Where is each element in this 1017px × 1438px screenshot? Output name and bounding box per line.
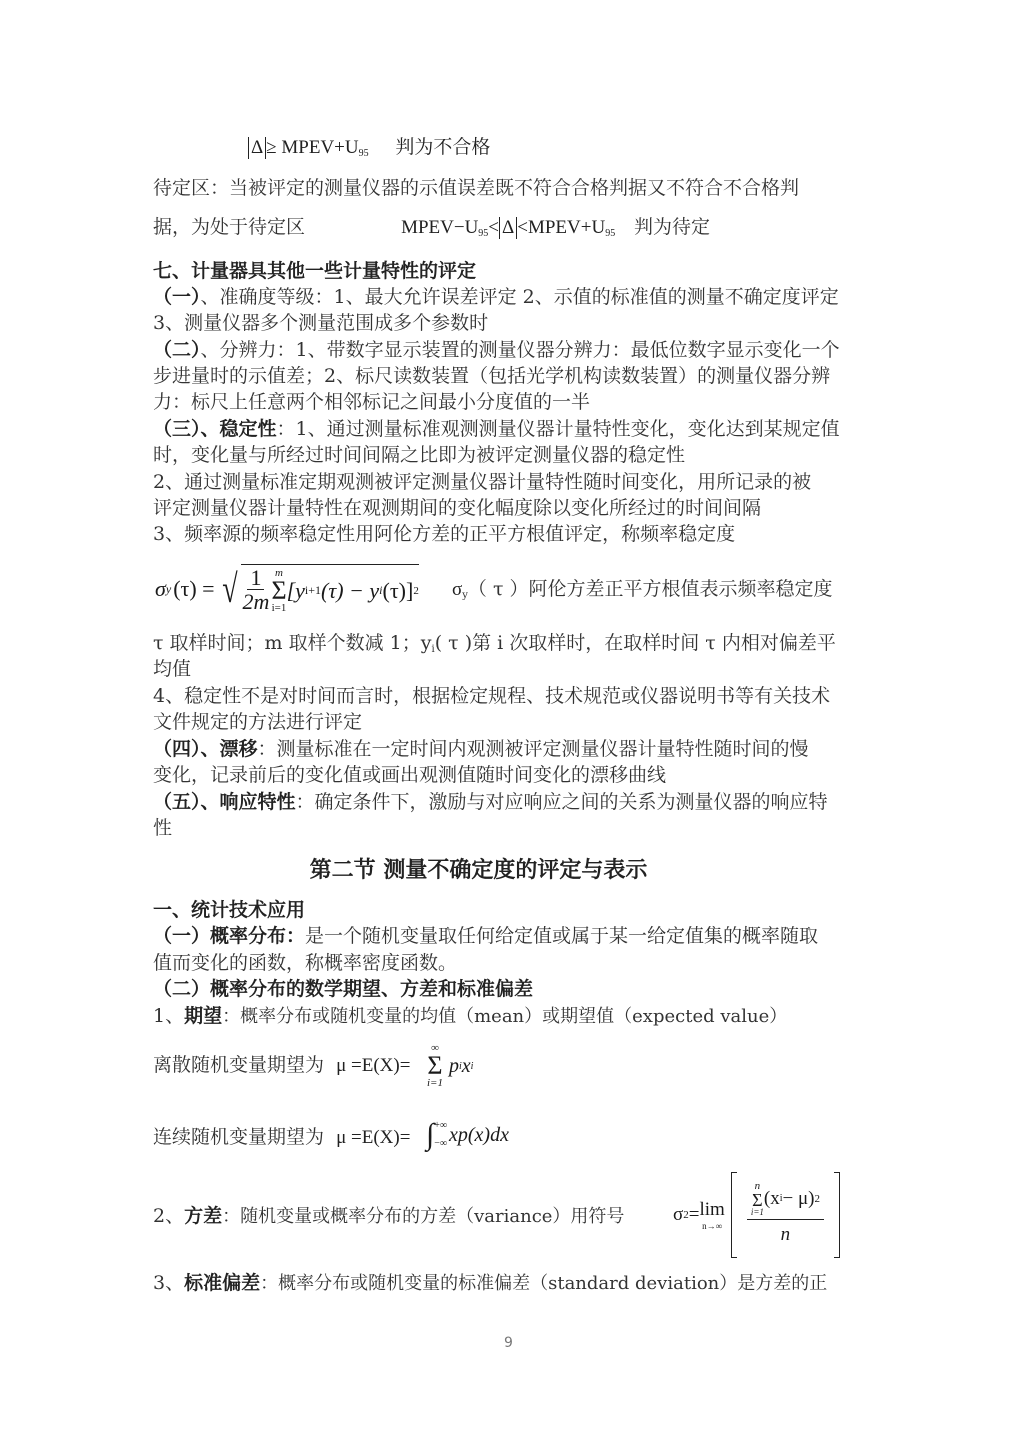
less-than: < bbox=[488, 217, 499, 238]
stability-item-4b: 文件规定的方法进行评定 bbox=[153, 709, 362, 735]
criterion-formula: ≥ MPEV+U bbox=[266, 137, 358, 158]
sigma-symbol: σ bbox=[155, 576, 166, 602]
para-stability: （三）、稳定性：1、通过测量标准观测测量仪器计量特性变化，变化达到某规定值 bbox=[153, 416, 840, 442]
item-expectation: 1、期望：概率分布或随机变量的均值（mean）或期望值（expected val… bbox=[153, 1003, 787, 1030]
para-text: ：测量标准在一定时间内观测被评定测量仪器计量特性随时间的慢 bbox=[258, 738, 809, 760]
sigma-sum-icon: Σ bbox=[752, 1192, 762, 1208]
pending-zone-definition: 待定区：当被评定的测量仪器的示值误差既不符合合格判据又不符合不合格判 bbox=[153, 175, 799, 201]
abs-delta: Δ bbox=[248, 137, 266, 159]
para-term: 概率分布： bbox=[210, 925, 305, 947]
term: − μ) bbox=[783, 1188, 815, 1210]
para-label: （一） bbox=[153, 286, 201, 308]
para-accuracy-class: （一）、准确度等级：1、最大允许误差评定 2、示值的标准值的测量不确定度评定 bbox=[153, 284, 839, 310]
formula-part: MPEV−U bbox=[401, 217, 478, 238]
formula-lhs: μ =E(X)= bbox=[336, 1055, 410, 1076]
para-label: （四）、 bbox=[153, 738, 220, 760]
formula-part: <MPEV+U bbox=[517, 217, 605, 238]
term: p bbox=[449, 1055, 459, 1078]
term: [y bbox=[287, 578, 305, 604]
para-term: 响应特性 bbox=[220, 791, 296, 813]
stability-item-2a: 2、通过测量标准定期观测被评定测量仪器计量特性随时间变化，用所记录的被 bbox=[153, 469, 811, 495]
discrete-expectation: 离散随机变量期望为 μ =E(X)= bbox=[153, 1052, 410, 1079]
para-label: （五）、 bbox=[153, 791, 220, 813]
para-label: （三）、 bbox=[153, 418, 220, 440]
variance-formula: σ2= lim n→∞ n Σ i=1 (xi − μ)2 n bbox=[673, 1170, 840, 1260]
formula-argument: (τ) = bbox=[173, 576, 214, 602]
heading-expectation-variance: （二）概率分布的数学期望、方差和标准偏差 bbox=[153, 976, 533, 1002]
para-label: （二） bbox=[153, 339, 201, 361]
tau-definition: τ 取样时间；m 取样个数减 1；yi( τ )第 i 次取样时，在取样时间 τ… bbox=[153, 630, 836, 663]
integral-upper: +∞ bbox=[434, 1120, 447, 1132]
para-resolution-cont1: 步进量时的示值差；2、标尺读数装置（包括光学机构读数装置）的测量仪器分辨 bbox=[153, 363, 830, 389]
para-resolution: （二）、分辨力：1、带数字显示装置的测量仪器分辨力：最低位数字显示变化一个 bbox=[153, 337, 840, 363]
subscript: 95 bbox=[605, 228, 615, 239]
integral-lower: −∞ bbox=[434, 1138, 447, 1150]
stability-item-3: 3、频率源的频率稳定性用阿伦方差的正平方根值评定，称频率稳定度 bbox=[153, 521, 735, 547]
sum-lower: i=1 bbox=[427, 1078, 443, 1089]
item-number: 3、 bbox=[153, 1272, 184, 1294]
heading-seven: 七、计量器具其他一些计量特性的评定 bbox=[153, 258, 476, 284]
summation: ∞ Σ i=1 bbox=[427, 1043, 443, 1089]
para-drift: （四）、漂移：测量标准在一定时间内观测被评定测量仪器计量特性随时间的慢 bbox=[153, 736, 809, 762]
denominator: n bbox=[781, 1220, 791, 1250]
term: (τ) − y bbox=[321, 578, 379, 604]
term: x bbox=[462, 1055, 471, 1078]
pending-text: 据，为处于待定区 bbox=[153, 216, 305, 238]
para-stability-cont: 时，变化量与所经过时间间隔之比即为被评定测量仪器的稳定性 bbox=[153, 442, 685, 468]
denominator: 2m bbox=[243, 590, 270, 614]
para-response: （五）、响应特性：确定条件下，激励与对应响应之间的关系为测量仪器的响应特 bbox=[153, 789, 828, 815]
superscript: 2 bbox=[413, 585, 419, 597]
integral-icon: ∫ bbox=[426, 1118, 434, 1152]
item-number: 1、 bbox=[153, 1005, 184, 1027]
stability-item-2b: 评定测量仪器计量特性在观测期间的变化幅度除以变化所经过的时间间隔 bbox=[153, 495, 761, 521]
subscript: 95 bbox=[359, 148, 369, 159]
item-standard-deviation: 3、标准偏差：概率分布或随机变量的标准偏差（standard deviation… bbox=[153, 1270, 827, 1297]
para-text: ：确定条件下，激励与对应响应之间的关系为测量仪器的响应特 bbox=[296, 791, 828, 813]
para-resolution-cont2: 力：标尺上任意两个相邻标记之间最小分度值的一半 bbox=[153, 389, 590, 415]
right-bracket-icon bbox=[834, 1172, 840, 1258]
sigma-symbol: σ bbox=[452, 579, 462, 600]
integral-limits: +∞ −∞ bbox=[434, 1120, 447, 1150]
heading-statistics: 一、统计技术应用 bbox=[153, 897, 305, 923]
section-title: 第二节 测量不确定度的评定与表示 bbox=[0, 853, 1017, 884]
para-term: 漂移 bbox=[220, 738, 258, 760]
numerator: n Σ i=1 (xi − μ)2 bbox=[747, 1181, 824, 1220]
para-probability-distribution: （一）概率分布：是一个随机变量取任何给定值或属于某一给定值集的概率随取 bbox=[153, 923, 818, 949]
item-text: ：概率分布或随机变量的标准偏差（standard deviation）是方差的正 bbox=[260, 1273, 827, 1294]
abs-delta: Δ bbox=[499, 217, 517, 239]
sqrt-body: 1 2m m Σ i=1 [yi+1(τ) − yi(τ)]2 bbox=[241, 564, 419, 614]
pending-zone-criterion: 据，为处于待定区 MPEV−U95<Δ<MPEV+U95 判为待定 bbox=[153, 214, 710, 247]
term: (x bbox=[764, 1188, 780, 1210]
allan-description: σy（ τ ）阿伦方差正平方根值表示频率稳定度 bbox=[452, 576, 833, 609]
fraction: 1 2m bbox=[243, 567, 270, 614]
integrand: xp(x)dx bbox=[449, 1124, 509, 1147]
summation: m Σ i=1 bbox=[271, 568, 286, 614]
para-text: 、准确度等级：1、最大允许误差评定 2、示值的标准值的测量不确定度评定 bbox=[201, 286, 839, 308]
stability-item-4a: 4、稳定性不是对时间而言时，根据检定规程、技术规范或仪器说明书等有关技术 bbox=[153, 683, 830, 709]
allan-deviation-formula: σy(τ) = √ 1 2m m Σ i=1 [yi+1(τ) − yi(τ)]… bbox=[155, 560, 419, 618]
bracket-group: n Σ i=1 (xi − μ)2 n bbox=[731, 1172, 840, 1258]
sigma-symbol: σ bbox=[673, 1204, 683, 1226]
subscript: 95 bbox=[478, 228, 488, 239]
para-accuracy-class-cont: 3、测量仪器多个测量范围成多个参数时 bbox=[153, 310, 488, 336]
para-response-cont: 性 bbox=[153, 815, 172, 841]
para-text: ：1、通过测量标准观测测量仪器计量特性变化，变化达到某规定值 bbox=[277, 418, 840, 440]
item-text: ：随机变量或概率分布的方差（variance）用符号 bbox=[222, 1206, 624, 1227]
numerator: 1 bbox=[247, 567, 264, 590]
formula-label: 离散随机变量期望为 bbox=[153, 1054, 324, 1076]
definition-text: τ 取样时间；m 取样个数减 1；y bbox=[153, 632, 431, 654]
subscript: y bbox=[166, 582, 171, 597]
para-text: 是一个随机变量取任何给定值或属于某一给定值集的概率随取 bbox=[305, 925, 818, 947]
verdict-text: 判为不合格 bbox=[395, 137, 490, 158]
pending-formula: MPEV−U95<Δ<MPEV+U95 bbox=[401, 217, 620, 238]
term: (τ)] bbox=[383, 578, 414, 604]
equals: = bbox=[689, 1204, 700, 1226]
item-variance: 2、方差：随机变量或概率分布的方差（variance）用符号 bbox=[153, 1203, 624, 1230]
discrete-sum: ∞ Σ i=1 pixi bbox=[427, 1043, 473, 1089]
subscript: i+1 bbox=[305, 583, 321, 598]
para-label: （一） bbox=[153, 925, 210, 947]
continuous-expectation: 连续随机变量期望为 μ =E(X)= bbox=[153, 1124, 410, 1151]
sqrt-icon: √ bbox=[222, 569, 237, 609]
sum-lower: i=1 bbox=[272, 603, 287, 614]
lim-subscript: n→∞ bbox=[702, 1222, 722, 1231]
description-text: （ τ ）阿伦方差正平方根值表示频率稳定度 bbox=[468, 578, 833, 600]
document-page: Δ≥ MPEV+U95 判为不合格 待定区：当被评定的测量仪器的示值误差既不符合… bbox=[0, 0, 1017, 1438]
superscript: 2 bbox=[814, 1193, 820, 1205]
item-term: 方差 bbox=[184, 1205, 222, 1227]
definition-text: ( τ )第 i 次取样时，在取样时间 τ 内相对偏差平 bbox=[435, 632, 836, 654]
para-drift-cont: 变化，记录前后的变化值或画出观测值随时间变化的漂移曲线 bbox=[153, 762, 666, 788]
lim-text: lim bbox=[699, 1200, 724, 1219]
sigma-sum-icon: Σ bbox=[427, 1054, 442, 1078]
sigma-sum-icon: Σ bbox=[271, 579, 286, 603]
summation: n Σ i=1 bbox=[751, 1181, 764, 1217]
variance-fraction: n Σ i=1 (xi − μ)2 n bbox=[737, 1172, 834, 1258]
item-text: ：概率分布或随机变量的均值（mean）或期望值（expected value） bbox=[222, 1006, 787, 1027]
nonconforming-criterion: Δ≥ MPEV+U95 判为不合格 bbox=[248, 135, 490, 167]
continuous-integral: ∫ +∞ −∞ xp(x)dx bbox=[426, 1118, 509, 1152]
item-term: 期望 bbox=[184, 1005, 222, 1027]
limit: lim n→∞ bbox=[699, 1200, 724, 1231]
sum-lower: i=1 bbox=[751, 1208, 764, 1217]
tau-definition-cont: 均值 bbox=[153, 656, 191, 682]
formula-lhs: μ =E(X)= bbox=[336, 1127, 410, 1148]
item-term: 标准偏差 bbox=[184, 1272, 260, 1294]
page-number: 9 bbox=[0, 1335, 1017, 1351]
para-probability-distribution-cont: 值而变化的函数，称概率密度函数。 bbox=[153, 950, 457, 976]
para-term: 稳定性 bbox=[220, 418, 277, 440]
para-text: 、分辨力：1、带数字显示装置的测量仪器分辨力：最低位数字显示变化一个 bbox=[201, 339, 840, 361]
verdict-text: 判为待定 bbox=[634, 216, 710, 238]
formula-label: 连续随机变量期望为 bbox=[153, 1126, 324, 1148]
subscript: i bbox=[471, 1061, 474, 1072]
item-number: 2、 bbox=[153, 1205, 184, 1227]
